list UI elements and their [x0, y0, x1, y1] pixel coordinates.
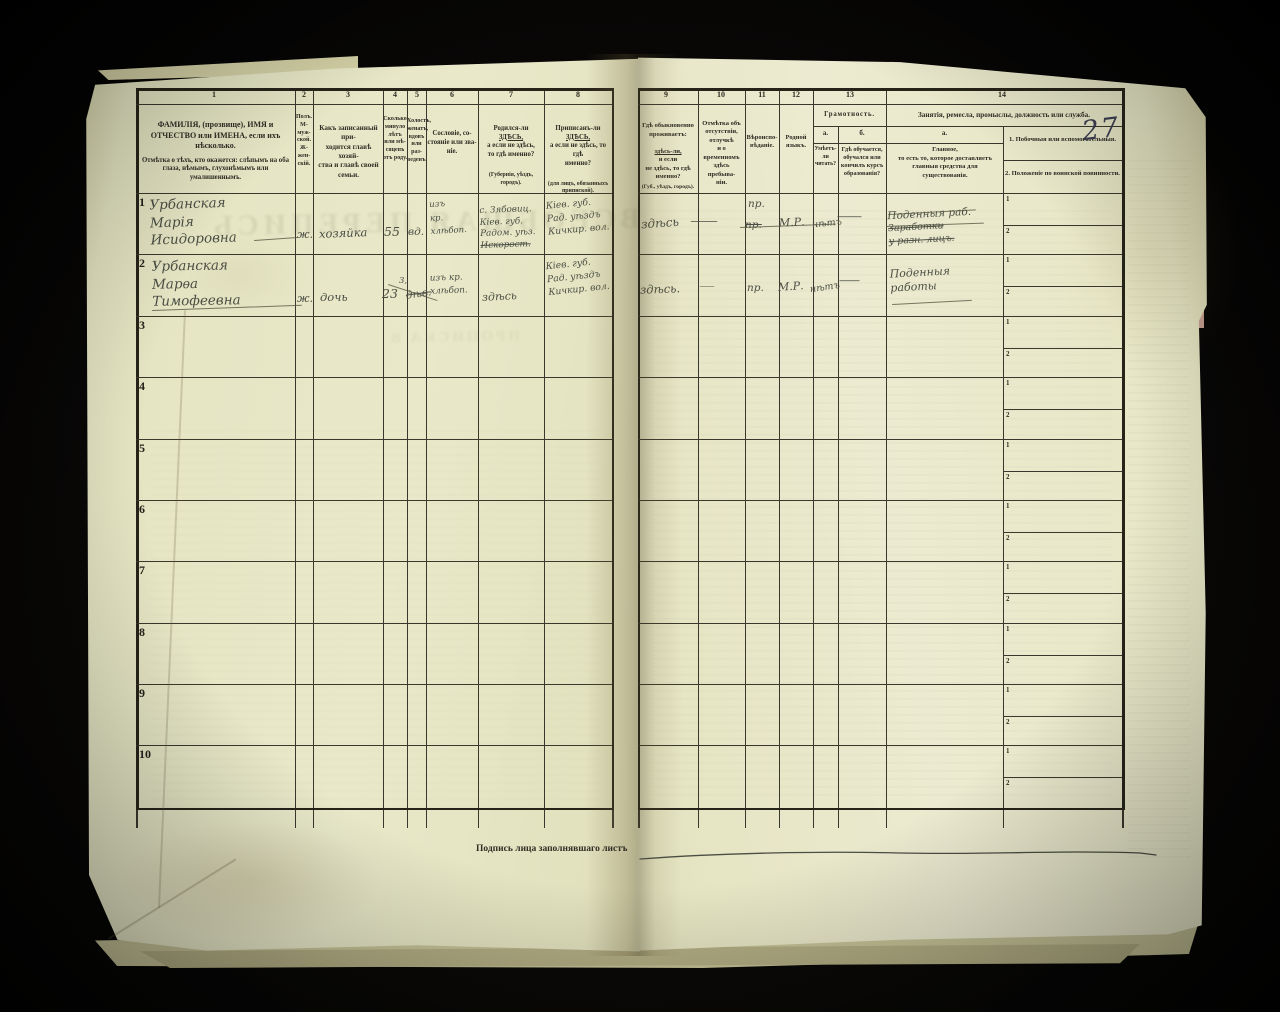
grid-line	[779, 810, 780, 828]
grid-line	[136, 745, 612, 746]
col-number: 8	[576, 90, 580, 99]
row1-name-handwritten: Урбанская Марія Исидоровна	[149, 195, 237, 251]
subcell-1: 1	[1006, 256, 1010, 264]
subcell-1: 1	[1006, 195, 1010, 203]
grid-line	[638, 623, 1122, 624]
grid-line	[638, 808, 1124, 810]
grid-line	[1003, 286, 1122, 287]
grid-line	[698, 810, 699, 828]
row2-age-note-handwritten: 3,	[399, 276, 407, 287]
header-occupation-a-label: а.	[886, 129, 1003, 138]
grid-line	[136, 810, 138, 828]
grid-line	[638, 439, 1122, 440]
grid-line	[1003, 160, 1122, 161]
row1-marital-handwritten: вд.	[408, 226, 424, 240]
grid-line	[1003, 409, 1122, 410]
row2-occupation-handwritten: Поденныя работы	[889, 264, 951, 296]
grid-line	[638, 193, 1122, 194]
header-registration-rest: а если не здѣсь, то гдѣ именно?	[545, 142, 611, 168]
row-number: 6	[139, 502, 145, 517]
grid-line	[136, 254, 612, 255]
subcell-1: 1	[1006, 502, 1010, 510]
header-literacy-title: Грамотность.	[813, 111, 886, 120]
grid-line	[813, 88, 814, 810]
grid-line	[638, 316, 1122, 317]
header-birthplace-here: ЗДѢСЬ,	[499, 134, 523, 141]
grid-line	[612, 810, 614, 828]
grid-line	[136, 623, 612, 624]
col-number: 11	[758, 90, 766, 99]
row2-birthplace-handwritten: здѣсь	[482, 289, 518, 305]
header-literacy-a-label: а.	[813, 129, 838, 138]
header-literacy-a: Умѣетъ- ли читать?	[813, 146, 838, 169]
grid-line	[1122, 88, 1125, 810]
row-number: 1	[139, 195, 145, 210]
subcell-2: 2	[1006, 350, 1010, 358]
row-number: 3	[139, 318, 145, 333]
subcell-2: 2	[1006, 288, 1010, 296]
header-name-column: ФАМИЛІЯ, (прозвище), ИМЯ и ОТЧЕСТВО или …	[140, 110, 291, 193]
grid-line	[136, 684, 612, 685]
row1-age-handwritten: 55	[384, 224, 400, 240]
header-residence-paren: (Губ., уѣздъ, городъ).	[639, 184, 697, 191]
grid-line	[136, 104, 612, 105]
row-number: 7	[139, 563, 145, 578]
header-literacy-b: Гдѣ обучается, обучался или кончилъ курс…	[840, 146, 884, 178]
subcell-2: 2	[1006, 534, 1010, 542]
grid-line	[407, 810, 408, 828]
grid-line	[638, 500, 1122, 501]
grid-line	[745, 810, 746, 828]
grid-line	[1003, 777, 1122, 778]
row1-language-handwritten: М.Р.	[779, 215, 805, 231]
row2-literacy-handwritten: нѣтъ	[809, 280, 840, 296]
grid-line	[136, 316, 612, 317]
grid-line	[638, 745, 1122, 746]
row1-relation-handwritten: хозяйка	[319, 225, 368, 242]
grid-line	[638, 254, 1122, 255]
col-number: 10	[717, 90, 725, 99]
row1-residence-handwritten: здѣсь	[641, 215, 680, 233]
header-literacy-b-label: б.	[838, 129, 886, 138]
grid-line	[407, 88, 408, 810]
row-number: 2	[139, 256, 145, 271]
row-number: 5	[139, 441, 145, 456]
census-table: 1 2 3 4 5 6 7 8 9 10 11 12 13 14 ФАМИЛІЯ…	[136, 88, 1126, 840]
header-marital: Холостъ, женатъ, вдовъ или раз- веденъ.	[407, 118, 426, 165]
row2-age-handwritten: 23	[382, 286, 398, 302]
grid-line	[1003, 225, 1122, 226]
grid-line	[638, 684, 1122, 685]
row1-absence-dash: —	[698, 214, 710, 230]
col-number: 6	[450, 90, 454, 99]
header-residence-rest: и если не здѣсь, то гдѣ именно?	[645, 156, 690, 180]
grid-line	[745, 88, 746, 810]
header-age: Сколько минуло лѣтъ или мѣ- сяцевъ отъ р…	[383, 116, 407, 163]
row1-literacy-b-dash: —	[844, 210, 855, 224]
subcell-1: 1	[1006, 747, 1010, 755]
row1-registration-handwritten: Кіев. губ. Рад. уѣздъ Кичкир. вол.	[545, 195, 610, 239]
grid-line	[295, 810, 296, 828]
grid-line	[1003, 348, 1122, 349]
header-estate: Сословіе, со- стояніе или зва- ніе.	[427, 130, 477, 156]
col-number: 5	[415, 90, 419, 99]
subcell-2: 2	[1006, 473, 1010, 481]
header-language: Родной языкъ.	[780, 134, 812, 151]
grid-line	[136, 439, 612, 440]
row2-estate-handwritten: изъ кр. хлѣбоп.	[430, 271, 468, 299]
subcell-2: 2	[1006, 411, 1010, 419]
row-number: 8	[139, 625, 145, 640]
col-number: 3	[346, 90, 350, 99]
grid-line	[1003, 716, 1122, 717]
row2-absence-dash: —	[702, 280, 712, 293]
grid-line	[638, 104, 1122, 105]
row1-birthplace-struck: Искорост.	[480, 239, 536, 252]
header-registration-here: ЗДѢСЬ,	[566, 134, 590, 141]
row-number: 4	[139, 379, 145, 394]
col-number: 4	[393, 90, 397, 99]
row1-estate-handwritten: изъ кр. хлѣбоп.	[429, 197, 467, 240]
grid-line	[813, 126, 1122, 127]
grid-line	[638, 377, 1122, 378]
grid-line	[813, 810, 814, 828]
row2-residence-handwritten: здѣсь.	[640, 281, 681, 297]
header-name-note: Отмѣтка о тѣхъ, кто окажется: слѣпымъ на…	[140, 157, 291, 183]
grid-line	[136, 88, 614, 91]
row1-birthplace-handwritten: с. Зябовиц. Кіев. губ. Радом. уѣз. Искор…	[479, 193, 537, 263]
grid-line	[1003, 655, 1122, 656]
grid-line	[136, 561, 612, 562]
grid-line	[136, 808, 614, 810]
subcell-2: 2	[1006, 718, 1010, 726]
grid-line	[838, 810, 839, 828]
grid-line	[295, 88, 296, 810]
grid-line	[544, 810, 545, 828]
row2-relation-handwritten: дочь	[320, 290, 348, 305]
row1-sex-handwritten: ж.	[297, 228, 313, 242]
row1-occupation-handwritten: Поденныя раб. Заработки у разн. лицъ.	[886, 192, 973, 262]
col-number: 13	[846, 90, 854, 99]
signature-line	[630, 840, 1170, 870]
header-absence: Отмѣтка объ отсутствіи, отлучкѣ и о врем…	[699, 120, 744, 188]
grid-line	[1003, 810, 1004, 828]
dash-mark: —	[839, 274, 861, 288]
grid-line	[426, 810, 427, 828]
grid-line	[638, 810, 640, 828]
header-birthplace-pre: Родился-ли	[493, 125, 528, 132]
grid-line	[813, 143, 1003, 144]
pen-underline	[892, 300, 972, 305]
grid-line	[1003, 532, 1122, 533]
subcell-2: 2	[1006, 779, 1010, 787]
header-birthplace-rest: а если не здѣсь, то гдѣ именно?	[479, 142, 543, 160]
col-number: 2	[302, 90, 306, 99]
header-residence-pre: Гдѣ обыкновенно проживаетъ:	[639, 122, 697, 139]
grid-line	[136, 500, 612, 501]
photographed-census-sheet: ВСЕОБЩАЯ ПЕРЕПИСЬ ПРОПИСКА В 1 2 3 4 5 6…	[0, 0, 1280, 1012]
col-number: 7	[509, 90, 513, 99]
header-registration: Приписанъ-ли ЗДѢСЬ, а если не здѣсь, то …	[545, 116, 611, 205]
row-number: 10	[139, 747, 151, 762]
row1-birthplace-text: с. Зябовиц. Кіев. губ. Радом. уѣз.	[479, 205, 536, 240]
header-birthplace: Родился-ли ЗДѢСЬ, а если не здѣсь, то гд…	[479, 116, 543, 196]
header-occupation-main: Главное, то есть то, которое доставляетъ…	[889, 146, 1001, 180]
dash-mark: —	[699, 280, 715, 293]
col-number: 12	[792, 90, 800, 99]
col-number: 9	[664, 90, 668, 99]
subcell-2: 2	[1006, 657, 1010, 665]
grid-line	[426, 88, 427, 810]
row-number: 9	[139, 686, 145, 701]
grid-line	[1003, 126, 1004, 810]
subcell-1: 1	[1006, 563, 1010, 571]
grid-line	[1003, 471, 1122, 472]
header-sex: Полъ. М-муж- ской. Ж-жен- скій.	[295, 114, 313, 169]
header-residence-here: здѣсь-ли,	[654, 148, 681, 155]
dash-mark: —	[690, 214, 719, 230]
subcell-1: 1	[1006, 379, 1010, 387]
grid-line	[1122, 810, 1124, 828]
pen-stroke	[254, 237, 298, 241]
grid-line	[612, 88, 614, 810]
row1-religion-handwritten: пр.	[748, 198, 765, 212]
subcell-2: 2	[1006, 227, 1010, 235]
grid-line	[638, 561, 1122, 562]
grid-line	[779, 88, 780, 810]
row2-religion-handwritten: пр.	[747, 282, 764, 296]
grid-line	[383, 88, 384, 810]
col-number: 1	[212, 90, 216, 99]
header-registration-paren: (для лицъ, обязанныхъ припиской).	[545, 181, 611, 196]
grid-line	[1003, 593, 1122, 594]
row2-language-handwritten: М.Р.	[778, 279, 805, 295]
header-residence: Гдѣ обыкновенно проживаетъ: здѣсь-ли, и …	[639, 114, 697, 199]
subcell-1: 1	[1006, 318, 1010, 326]
row2-registration-handwritten: Кіев. губ. Рад. уѣздъ Кичкир. вол.	[545, 255, 610, 300]
header-registration-pre: Приписанъ-ли	[555, 125, 600, 132]
row2-literacy-b-dash: —	[844, 274, 855, 288]
grid-line	[478, 810, 479, 828]
subcell-1: 1	[1006, 441, 1010, 449]
header-religion: Вѣроиспо- вѣданіе.	[746, 134, 778, 151]
subcell-1: 1	[1006, 686, 1010, 694]
header-occupation-military: 2. Положеніе по воинской повинности.	[1005, 170, 1120, 179]
grid-line	[313, 810, 314, 828]
grid-line	[886, 810, 887, 828]
grid-line	[136, 377, 612, 378]
subcell-1: 1	[1006, 625, 1010, 633]
subcell-2: 2	[1006, 595, 1010, 603]
row2-name-handwritten: Урбанская Марѳа Тимофеевна	[152, 257, 241, 311]
header-name-title: ФАМИЛІЯ, (прозвище), ИМЯ и ОТЧЕСТВО или …	[151, 120, 281, 150]
header-relation: Какъ записанный при- ходится главѣ хозяй…	[316, 124, 381, 180]
grid-line	[383, 810, 384, 828]
signature-label: Подпись лица заполнявшаго листъ	[476, 844, 627, 854]
col-number: 14	[998, 90, 1006, 99]
grid-line	[638, 88, 1124, 91]
header-birthplace-paren: (Губернія, уѣздъ, городъ).	[479, 172, 543, 187]
handwritten-page-number: 27	[1080, 112, 1122, 147]
grid-line	[313, 88, 314, 810]
dash-mark: —	[836, 210, 862, 224]
grid-line	[698, 88, 699, 810]
